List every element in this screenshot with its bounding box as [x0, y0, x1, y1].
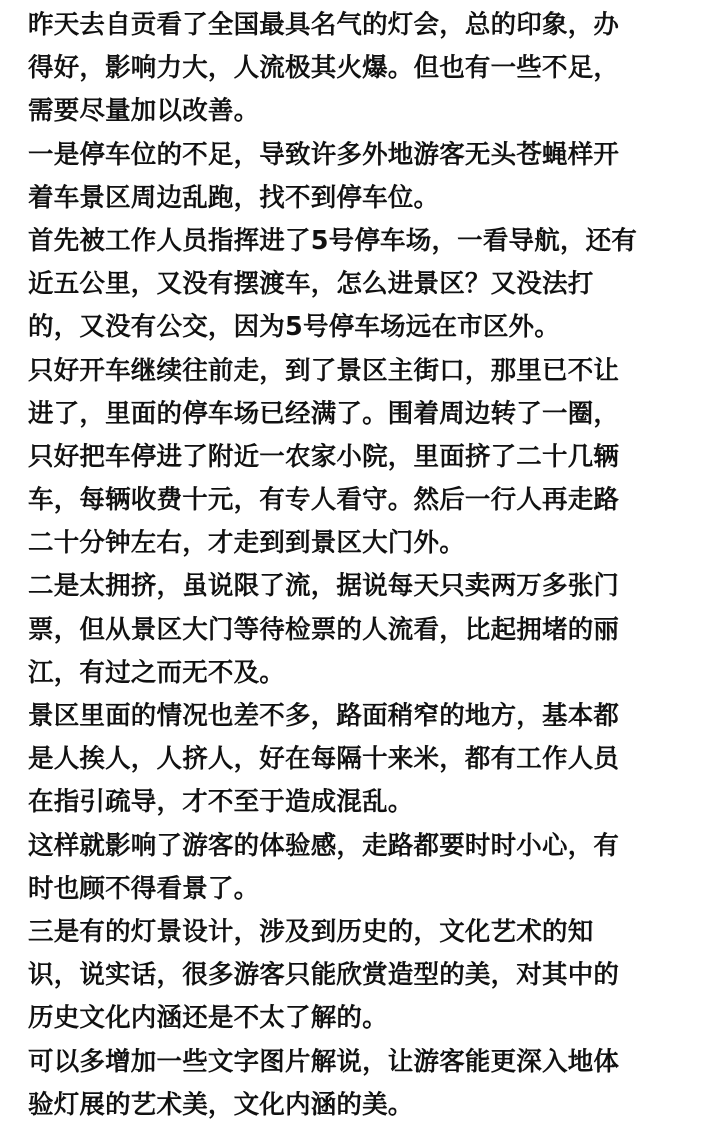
text-line: 三是有的灯景设计，涉及到历史的，文化艺术的知 [28, 911, 698, 954]
text-line: 验灯展的艺术美，文化内涵的美。 [28, 1084, 698, 1126]
text-line: 一是停车位的不足，导致许多外地游客无头苍蝇样开 [28, 134, 698, 177]
text-line: 二十分钟左右，才走到到景区大门外。 [28, 522, 698, 565]
text-line: 识，说实话，很多游客只能欣赏造型的美，对其中的 [28, 954, 698, 997]
text-line: 进了，里面的停车场已经满了。围着周边转了一圈， [28, 393, 698, 436]
text-line: 车，每辆收费十元，有专人看守。然后一行人再走路 [28, 479, 698, 522]
text-line: 景区里面的情况也差不多，路面稍窄的地方，基本都 [28, 695, 698, 738]
text-line: 江，有过之而无不及。 [28, 652, 698, 695]
text-line: 历史文化内涵还是不太了解的。 [28, 997, 698, 1040]
text-line: 二是太拥挤，虽说限了流，据说每天只卖两万多张门 [28, 565, 698, 608]
text-line: 近五公里，又没有摆渡车，怎么进景区？又没法打 [28, 263, 698, 306]
text-line: 着车景区周边乱跑，找不到停车位。 [28, 177, 698, 220]
document-body: 昨天去自贡看了全国最具名气的灯会，总的印象，办 得好，影响力大，人流极其火爆。但… [28, 4, 698, 1126]
text-line: 的，又没有公交，因为5号停车场远在市区外。 [28, 306, 698, 349]
text-line: 在指引疏导，才不至于造成混乱。 [28, 781, 698, 824]
text-line: 昨天去自贡看了全国最具名气的灯会，总的印象，办 [28, 4, 698, 47]
text-line: 只好开车继续往前走，到了景区主街口，那里已不让 [28, 350, 698, 393]
text-line: 只好把车停进了附近一农家小院，里面挤了二十几辆 [28, 436, 698, 479]
text-line: 时也顾不得看景了。 [28, 868, 698, 911]
text-line: 得好，影响力大，人流极其火爆。但也有一些不足， [28, 47, 698, 90]
text-line: 首先被工作人员指挥进了5号停车场，一看导航，还有 [28, 220, 698, 263]
text-line: 这样就影响了游客的体验感，走路都要时时小心，有 [28, 825, 698, 868]
text-line: 是人挨人，人挤人，好在每隔十来米，都有工作人员 [28, 738, 698, 781]
text-line: 票，但从景区大门等待检票的人流看，比起拥堵的丽 [28, 609, 698, 652]
text-line: 可以多增加一些文字图片解说，让游客能更深入地体 [28, 1041, 698, 1084]
text-line: 需要尽量加以改善。 [28, 90, 698, 133]
